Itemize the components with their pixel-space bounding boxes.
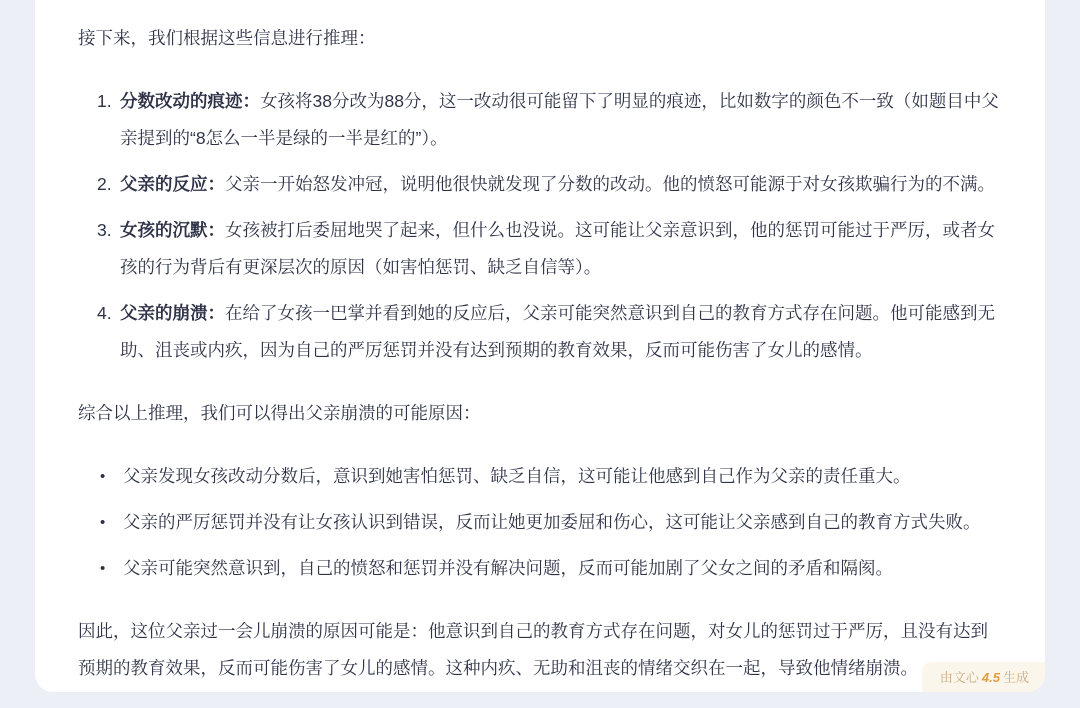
list-item: • 父亲的严厉惩罚并没有让女孩认识到错误，反而让她更加委屈和伤心，这可能让父亲感… <box>78 504 1001 541</box>
summary-lead-paragraph: 综合以上推理，我们可以得出父亲崩溃的可能原因： <box>78 395 1001 432</box>
list-item-text: 在给了女孩一巴掌并看到她的反应后，父亲可能突然意识到自己的教育方式存在问题。他可… <box>120 303 995 360</box>
response-content: 接下来，我们根据这些信息进行推理： 1. 分数改动的痕迹：女孩将38分改为88分… <box>35 0 1045 687</box>
list-item-title: 女孩的沉默： <box>120 220 225 240</box>
list-item: • 父亲发现女孩改动分数后，意识到她害怕惩罚、缺乏自信，这可能让他感到自己作为父… <box>78 458 1001 495</box>
list-number: 3. <box>78 212 120 249</box>
bullet-icon: • <box>78 458 123 495</box>
bullet-list: • 父亲发现女孩改动分数后，意识到她害怕惩罚、缺乏自信，这可能让他感到自己作为父… <box>78 458 1001 587</box>
list-item-text: 父亲一开始怒发冲冠，说明他很快就发现了分数的改动。他的愤怒可能源于对女孩欺骗行为… <box>225 174 995 194</box>
list-item-text: 父亲发现女孩改动分数后，意识到她害怕惩罚、缺乏自信，这可能让他感到自己作为父亲的… <box>123 458 1001 495</box>
list-item: 2. 父亲的反应：父亲一开始怒发冲冠，说明他很快就发现了分数的改动。他的愤怒可能… <box>78 166 1001 203</box>
list-number: 4. <box>78 295 120 332</box>
bullet-icon: • <box>78 504 123 541</box>
conclusion-paragraph: 因此，这位父亲过一会儿崩溃的原因可能是：他意识到自己的教育方式存在问题，对女儿的… <box>78 613 1001 687</box>
list-item-text: 父亲可能突然意识到，自己的愤怒和惩罚并没有解决问题，反而可能加剧了父女之间的矛盾… <box>123 550 1001 587</box>
list-item-text: 父亲的严厉惩罚并没有让女孩认识到错误，反而让她更加委屈和伤心，这可能让父亲感到自… <box>123 504 1001 541</box>
generated-by-watermark: 由文心4.5生成 <box>922 662 1045 692</box>
intro-paragraph: 接下来，我们根据这些信息进行推理： <box>78 20 1001 57</box>
watermark-prefix: 由文心 <box>940 670 979 685</box>
numbered-list: 1. 分数改动的痕迹：女孩将38分改为88分，这一改动很可能留下了明显的痕迹，比… <box>78 83 1001 369</box>
list-item-title: 父亲的崩溃： <box>120 303 225 323</box>
list-item: 4. 父亲的崩溃：在给了女孩一巴掌并看到她的反应后，父亲可能突然意识到自己的教育… <box>78 295 1001 369</box>
list-item: 1. 分数改动的痕迹：女孩将38分改为88分，这一改动很可能留下了明显的痕迹，比… <box>78 83 1001 157</box>
list-item-text: 女孩被打后委屈地哭了起来，但什么也没说。这可能让父亲意识到，他的惩罚可能过于严厉… <box>120 220 995 277</box>
list-item-title: 分数改动的痕迹： <box>120 91 260 111</box>
bullet-icon: • <box>78 550 123 587</box>
list-number: 2. <box>78 166 120 203</box>
watermark-version: 4.5 <box>982 670 1000 685</box>
response-card: 接下来，我们根据这些信息进行推理： 1. 分数改动的痕迹：女孩将38分改为88分… <box>35 0 1045 692</box>
watermark-suffix: 生成 <box>1003 670 1029 685</box>
list-item: 3. 女孩的沉默：女孩被打后委屈地哭了起来，但什么也没说。这可能让父亲意识到，他… <box>78 212 1001 286</box>
list-item: • 父亲可能突然意识到，自己的愤怒和惩罚并没有解决问题，反而可能加剧了父女之间的… <box>78 550 1001 587</box>
list-item-title: 父亲的反应： <box>120 174 225 194</box>
list-number: 1. <box>78 83 120 120</box>
